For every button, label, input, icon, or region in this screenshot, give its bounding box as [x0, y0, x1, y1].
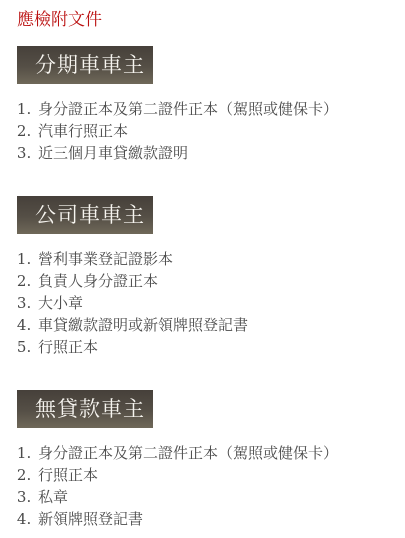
- list-item: 新領牌照登記書: [36, 508, 395, 530]
- document-list-installment: 身分證正本及第二證件正本（駕照或健保卡） 汽車行照正本 近三個月車貸繳款證明: [17, 98, 395, 164]
- list-item: 行照正本: [36, 336, 395, 358]
- section-no-loan-car-owner: 無貸款車主 身分證正本及第二證件正本（駕照或健保卡） 行照正本 私章 新領牌照登…: [17, 390, 395, 530]
- document-list-company: 營利事業登記證影本 負責人身分證正本 大小章 車貸繳款證明或新領牌照登記書 行照…: [17, 248, 395, 358]
- list-item: 大小章: [36, 292, 395, 314]
- page-title: 應檢附文件: [17, 10, 395, 30]
- list-item: 汽車行照正本: [36, 120, 395, 142]
- section-heading-no-loan-car-owner: 無貸款車主: [17, 390, 153, 428]
- list-item: 身分證正本及第二證件正本（駕照或健保卡）: [36, 98, 395, 120]
- document-list-no-loan: 身分證正本及第二證件正本（駕照或健保卡） 行照正本 私章 新領牌照登記書: [17, 442, 395, 530]
- section-company-car-owner: 公司車車主 營利事業登記證影本 負責人身分證正本 大小章 車貸繳款證明或新領牌照…: [17, 196, 395, 358]
- section-heading-installment-car-owner: 分期車車主: [17, 46, 153, 84]
- list-item: 近三個月車貸繳款證明: [36, 142, 395, 164]
- list-item: 車貸繳款證明或新領牌照登記書: [36, 314, 395, 336]
- list-item: 私章: [36, 486, 395, 508]
- section-installment-car-owner: 分期車車主 身分證正本及第二證件正本（駕照或健保卡） 汽車行照正本 近三個月車貸…: [17, 46, 395, 164]
- list-item: 身分證正本及第二證件正本（駕照或健保卡）: [36, 442, 395, 464]
- list-item: 負責人身分證正本: [36, 270, 395, 292]
- list-item: 行照正本: [36, 464, 395, 486]
- list-item: 營利事業登記證影本: [36, 248, 395, 270]
- section-heading-company-car-owner: 公司車車主: [17, 196, 153, 234]
